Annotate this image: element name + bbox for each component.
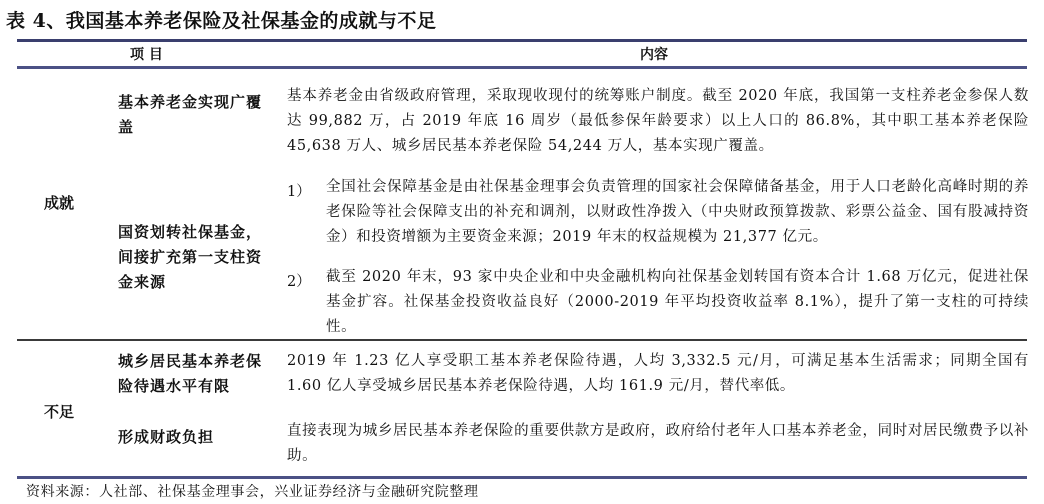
point-number-2: 2） (287, 270, 311, 291)
table-top-rule (17, 39, 1027, 42)
point-text-1: 全国社会保障基金是由社保基金理事会负责管理的国家社会保障储备基金，用于人口老龄化… (326, 175, 1029, 250)
point-text-2: 截至 2020 年末，93 家中央企业和中央金融机构向社保基金划转国有资本合计 … (326, 265, 1029, 340)
row-content-low-benefits: 2019 年 1.23 亿人享受职工基本养老保险待遇，人均 3,332.5 元/… (287, 349, 1029, 399)
table-title: 表 4、我国基本养老保险及社保基金的成就与不足 (6, 6, 436, 33)
row-item-fiscal-burden: 形成财政负担 (118, 425, 272, 450)
source-note: 资料来源：人社部、社保基金理事会，兴业证券经济与金融研究院整理 (26, 481, 479, 501)
row-content-fiscal-burden: 直接表现为城乡居民基本养老保险的重要供款方是政府，政府给付老年人口基本养老金，同… (287, 419, 1029, 469)
header-content: 内容 (640, 44, 668, 64)
row-item-state-capital: 国资划转社保基金，间接扩充第一支柱资金来源 (118, 220, 272, 295)
table-header-rule (17, 66, 1027, 69)
row-item-coverage: 基本养老金实现广覆盖 (118, 90, 272, 140)
header-item: 项 目 (130, 44, 163, 64)
table-bottom-rule (17, 476, 1027, 479)
point-number-1: 1） (287, 180, 311, 201)
row-content-coverage: 基本养老金由省级政府管理，采取现收现付的统筹账户制度。截至 2020 年底，我国… (287, 84, 1029, 159)
row-item-low-benefits: 城乡居民基本养老保险待遇水平有限 (118, 349, 276, 399)
section-divider (17, 339, 1027, 341)
category-achievements: 成就 (44, 192, 74, 213)
category-shortcomings: 不足 (44, 401, 74, 422)
